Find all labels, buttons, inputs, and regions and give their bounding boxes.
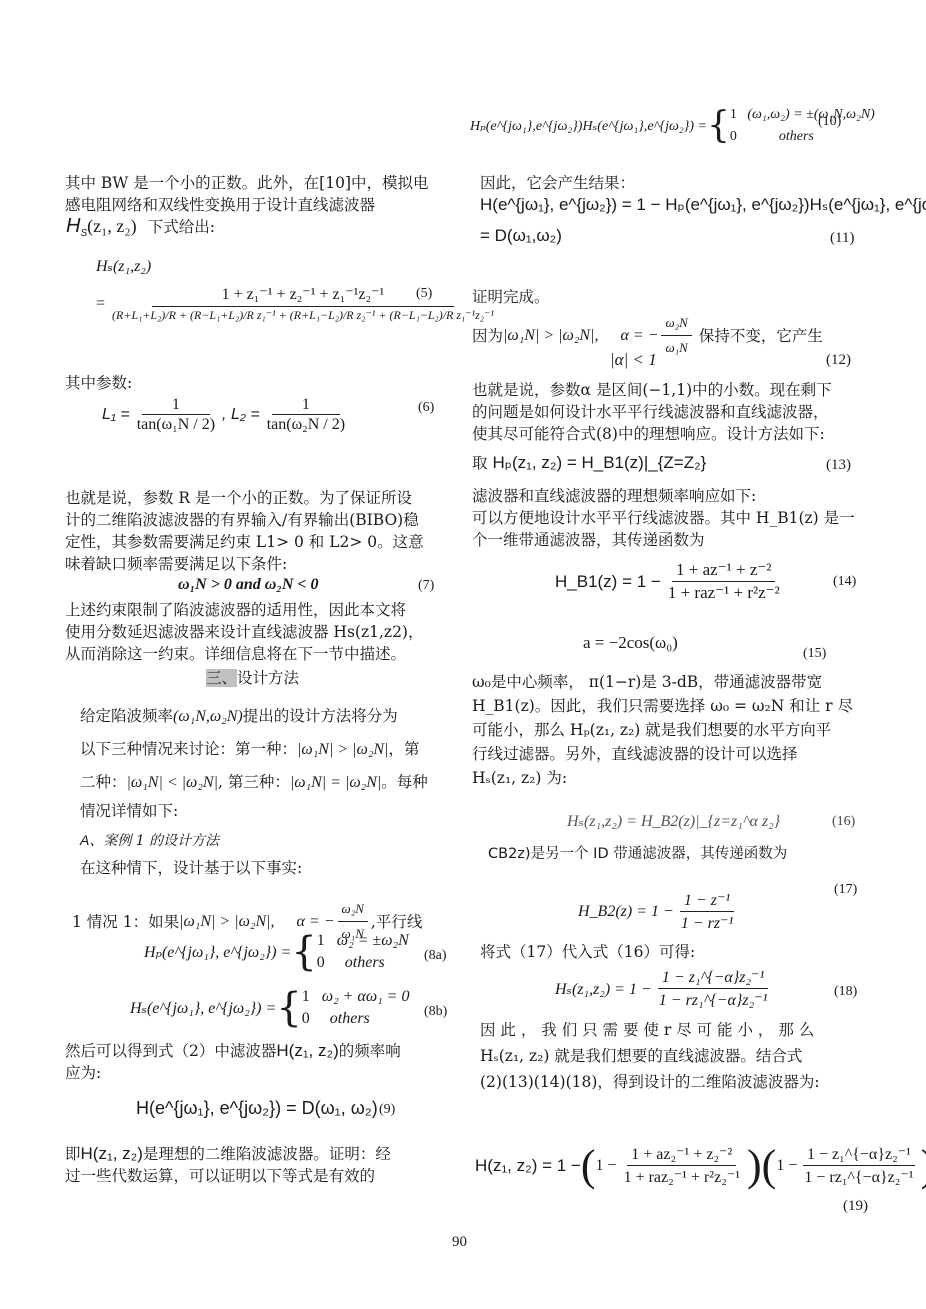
equation-number: (16) — [832, 814, 855, 830]
equation-9: H(e^{jω₁}, e^{jω₂}) = D(ω₁, ω₂) — [136, 1098, 378, 1119]
equation-8b: Hₛ(e^{jω₁}, e^{jω₂}) = { 1 ω₂ + αω₁ = 0 … — [130, 986, 409, 1030]
equation-10: Hₚ(e^{jω₁},e^{jω₂})Hₛ(e^{jω₁},e^{jω₂}) =… — [470, 104, 875, 148]
equation-16: Hₛ(z₁,z₂) = H_B2(z)|_{z=z₁^α z₂} — [567, 811, 780, 831]
inline-math-hs: HS(z₁, z₂) 下式给出: — [66, 215, 215, 239]
paragraph: 然后可以得到式（2）中滤波器H(z₁, z₂)的频率响 应为: — [65, 1040, 401, 1084]
equation-19: H(z₁, z₂) = 1 − (1 − 1 + az₂⁻¹ + z₂⁻²1 +… — [475, 1140, 926, 1191]
equation-number: (14) — [833, 574, 856, 590]
equation-6: L₁ = 1tan(ω₁N / 2) , L₂ = 1tan(ω₂N / 2) — [102, 396, 352, 434]
equation-number: (7) — [418, 578, 434, 594]
equation-7: ω₁N > 0 and ω₂N < 0 — [178, 576, 319, 594]
equation-number: (15) — [803, 646, 826, 662]
paragraph: 上述约束限制了陷波滤波器的适用性，因此本文将 使用分数延迟滤波器来设计直线滤波器… — [65, 599, 423, 665]
text-line: CB2z)是另一个 ID 带通滤波器，其传递函数为 — [488, 843, 787, 865]
equation-number: (9) — [379, 1102, 395, 1118]
equation-15: a = −2cos(ω₀) — [583, 633, 678, 653]
equation-number: (18) — [834, 984, 857, 1000]
equation-13: 取 Hₚ(z₁, z₂) = H_B1(z)|_{Z=Z₂} — [472, 452, 706, 474]
text-line: 感电阻网络和双线性变换用于设计直线滤波器 — [65, 194, 429, 216]
paragraph: 即H(z₁, z₂)是理想的二维陷波滤波器。证明：经 过一些代数运算，可以证明以… — [65, 1143, 391, 1187]
text-line: 将式（17）代入式（16）可得: — [480, 941, 695, 963]
page-number: 90 — [452, 1234, 467, 1251]
paragraph: 因 此 ， 我 们 只 需 要 使 r 尽 可 能 小 ， 那 么 Hₛ(z₁,… — [480, 1017, 820, 1095]
paragraph: 给定陷波频率(ω₁N,ω₂N)提出的设计方法将分为 以下三种情况来讨论：第一种：… — [80, 700, 428, 799]
paragraph: 其中参数: — [65, 372, 132, 394]
equation-12: |α| < 1 — [610, 350, 657, 370]
equation-number: (10) — [818, 114, 841, 130]
paragraph: ω₀是中心频率， π(1−r)是 3-dB，带通滤波器带宽 H_B1(z)。因此… — [472, 670, 853, 790]
paragraph: 也就是说，参数 R 是一个小的正数。为了保证所设 计的二维陷波滤波器的有界输入/… — [65, 487, 424, 575]
equation-number: (19) — [843, 1198, 868, 1215]
equation-11-line2: = D(ω₁,ω₂) — [480, 226, 562, 246]
equation-number: (13) — [826, 457, 851, 474]
equation-number: (8a) — [424, 948, 447, 964]
paragraph: 其中 BW 是一个小的正数。此外，在[10]中，模拟电 感电阻网络和双线性变换用… — [65, 172, 429, 216]
text-line: 证明完成。 — [472, 286, 550, 308]
text-line: 因此，它会产生结果： — [480, 172, 635, 194]
equation-number: (5) — [416, 286, 432, 302]
text-line: 在这种情下，设计基于以下事实: — [80, 857, 302, 879]
equation-number: (8b) — [424, 1004, 447, 1020]
equation-11-line1: H(e^{jω₁}, e^{jω₂}) = 1 − Hₚ(e^{jω₁}, e^… — [480, 195, 926, 215]
paragraph: 滤波器和直线滤波器的理想频率响应如下: 可以方便地设计水平平行线滤波器。其中 H… — [472, 485, 855, 551]
equation-5: = 1 + z₁⁻¹ + z₂⁻¹ + z₁⁻¹z₂⁻¹ (R+L₁+L₂)/R… — [96, 284, 501, 323]
equation-number: (6) — [418, 400, 434, 416]
section-heading: 三、设计方法 — [206, 667, 299, 689]
equation-8a: Hₚ(e^{jω₁}, e^{jω₂}) = { 1 ω₂ = ±ω₂N 0 o… — [144, 930, 409, 974]
paragraph: 也就是说，参数α 是区间(−1,1)中的小数。现在剩下 的问题是如何设计水平平行… — [472, 379, 832, 445]
equation-number: (12) — [826, 352, 851, 369]
equation-18: Hₛ(z₁,z₂) = 1 − 1 − z₁^{−α}z₂⁻¹1 − rz₁^{… — [555, 967, 774, 1010]
text-line: 情况详情如下: — [80, 800, 178, 822]
equation-number: (11) — [830, 230, 854, 247]
subsection-heading: A、案例 1 的设计方法 — [80, 829, 219, 852]
equation-14: H_B1(z) = 1 − 1 + az⁻¹ + z⁻²1 + raz⁻¹ + … — [555, 560, 787, 603]
equation-number: (17) — [834, 882, 857, 898]
equation-5-lhs: Hₛ(z₁,z₂) — [96, 256, 151, 276]
equation-17: H_B2(z) = 1 − 1 − z⁻¹1 − rz⁻¹ — [578, 890, 740, 933]
text-line: 其中 BW 是一个小的正数。此外，在[10]中，模拟电 — [65, 172, 429, 194]
